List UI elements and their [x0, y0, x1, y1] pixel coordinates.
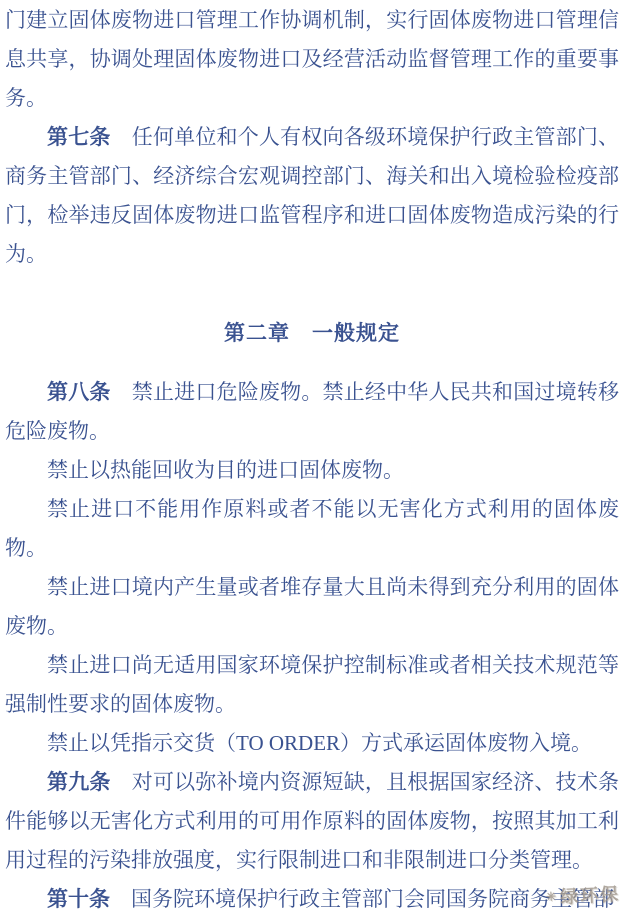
document-content: 门建立固体废物进口管理工作协调机制，实行固体废物进口管理信息共享，协调处理固体废… [0, 0, 626, 916]
article-9-paragraph: 第九条 对可以弥补境内资源短缺，且根据国家经济、技术条件能够以无害化方式利用的可… [5, 763, 619, 880]
paragraph-text: 禁止进口境内产生量或者堆存量大且尚未得到充分利用的固体废物。 [5, 575, 619, 638]
article-8-clause-3: 禁止进口不能用作原料或者不能以无害化方式利用的固体废物。 [5, 490, 619, 568]
paragraph-text: 门建立固体废物进口管理工作协调机制，实行固体废物进口管理信息共享，协调处理固体废… [5, 8, 619, 110]
article-8-paragraph: 第八条 禁止进口危险废物。禁止经中华人民共和国过境转移危险废物。 [5, 373, 619, 451]
paragraph-text: 禁止进口尚无适用国家环境保护控制标准或者相关技术规范等强制性要求的固体废物。 [5, 653, 619, 716]
chapter-heading: 第二章 一般规定 [5, 314, 619, 353]
article-7-paragraph: 第七条 任何单位和个人有权向各级环境保护行政主管部门、商务主管部门、经济综合宏观… [5, 118, 619, 274]
article-8-clause-5: 禁止进口尚无适用国家环境保护控制标准或者相关技术规范等强制性要求的固体废物。 [5, 646, 619, 724]
document-page: 门建立固体废物进口管理工作协调机制，实行固体废物进口管理信息共享，协调处理固体废… [0, 0, 626, 916]
article-8-clause-4: 禁止进口境内产生量或者堆存量大且尚未得到充分利用的固体废物。 [5, 568, 619, 646]
article-8-clause-2: 禁止以热能回收为目的进口固体废物。 [5, 451, 619, 490]
article-10-paragraph: 第十条 国务院环境保护行政主管部门会同国务院商务主管部 [5, 880, 619, 916]
paragraph-continuation: 门建立固体废物进口管理工作协调机制，实行固体废物进口管理信息共享，协调处理固体废… [5, 1, 619, 118]
article-8-clause-6: 禁止以凭指示交货（TO ORDER）方式承运固体废物入境。 [5, 724, 619, 763]
paragraph-text: 禁止以凭指示交货（TO ORDER）方式承运固体废物入境。 [47, 731, 592, 755]
article-8-number: 第八条 [47, 380, 132, 404]
article-7-number: 第七条 [47, 125, 132, 149]
article-9-number: 第九条 [47, 770, 132, 794]
paragraph-text: 国务院环境保护行政主管部门会同国务院商务主管部 [131, 887, 614, 911]
article-10-number: 第十条 [47, 887, 131, 911]
paragraph-text: 禁止以热能回收为目的进口固体废物。 [47, 458, 404, 482]
paragraph-text: 禁止进口不能用作原料或者不能以无害化方式利用的固体废物。 [5, 497, 619, 560]
